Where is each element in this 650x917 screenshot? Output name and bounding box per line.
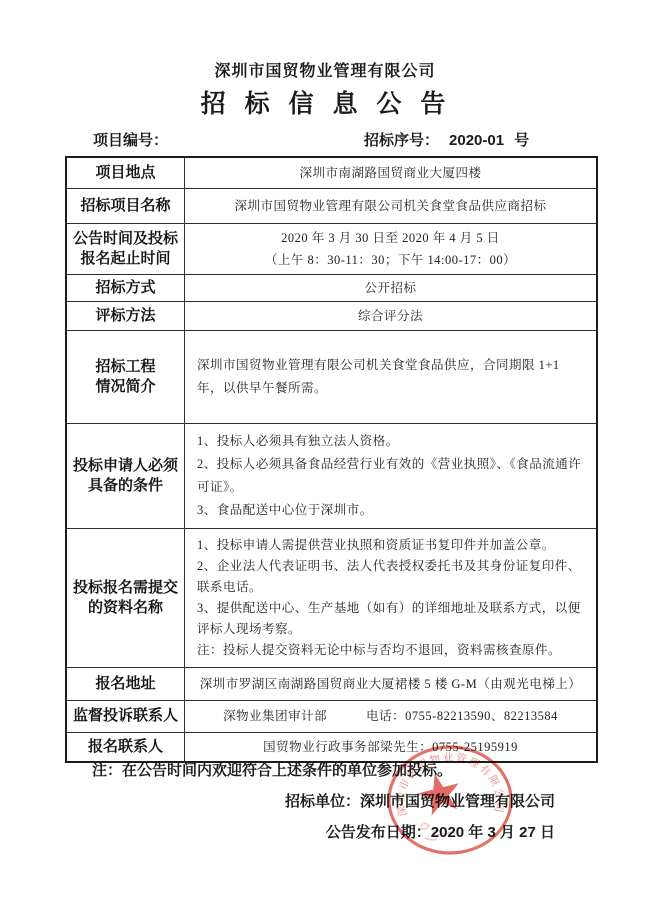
row-value: 2020 年 3 月 30 日至 2020 年 4 月 5 日 （上午 8：30…: [185, 223, 598, 274]
row-value: 深圳市罗湖区南湖路国贸商业大厦裙楼 5 楼 G-M（由观光电梯上）: [185, 667, 598, 700]
row-label: 投标报名需提交 的资料名称: [66, 528, 185, 667]
announcement-page: 深圳市国贸物业管理有限公司 招 标 信 息 公 告 项目编号： 招标序号：202…: [0, 0, 650, 917]
table-row: 投标申请人必须 具备的条件 1、投标人必须具有独立法人资格。 2、投标人必须具备…: [66, 423, 597, 528]
table-row: 公告时间及投标 报名起止时间 2020 年 3 月 30 日至 2020 年 4…: [66, 223, 597, 274]
publish-date-line: 公告发布日期：2020 年 3 月 27 日: [285, 817, 555, 848]
row-value: 深圳市南湖路国贸商业大厦四楼: [185, 157, 598, 188]
doc-title: 招 标 信 息 公 告: [0, 84, 650, 120]
table-row: 评标方法 综合评分法: [66, 301, 597, 330]
table-row: 报名地址 深圳市罗湖区南湖路国贸商业大厦裙楼 5 楼 G-M（由观光电梯上）: [66, 667, 597, 700]
table-row: 报名联系人 国贸物业行政事务部梁先生：0755-25195919: [66, 732, 597, 762]
serial-number: 招标序号：2020-01号: [364, 129, 529, 150]
serial-number-label: 招标序号：: [364, 132, 439, 149]
row-value: 深物业集团审计部 电话：0755-82213590、82213584: [185, 700, 598, 732]
table-row: 投标报名需提交 的资料名称 1、投标申请人需提供营业执照和资质证书复印件并加盖公…: [66, 528, 597, 667]
row-label: 监督投诉联系人: [66, 700, 185, 732]
serial-number-unit: 号: [514, 132, 529, 149]
serial-number-value: 2020-01: [449, 132, 504, 149]
tender-unit-value: 深圳市国贸物业管理有限公司: [360, 793, 555, 810]
row-label: 评标方法: [66, 301, 185, 330]
footer-signature-block: 招标单位：深圳市国贸物业管理有限公司 公告发布日期：2020 年 3 月 27 …: [285, 786, 555, 848]
row-label: 报名联系人: [66, 732, 185, 762]
row-value: 深圳市国贸物业管理有限公司机关食堂食品供应商招标: [185, 188, 598, 223]
row-value: 国贸物业行政事务部梁先生：0755-25195919: [185, 732, 598, 762]
row-value: 1、投标人必须具有独立法人资格。 2、投标人必须具备食品经营行业有效的《营业执照…: [185, 423, 598, 528]
row-value: 1、投标申请人需提供营业执照和资质证书复印件并加盖公章。 2、企业法人代表证明书…: [185, 528, 598, 667]
row-value: 综合评分法: [185, 301, 598, 330]
row-value: 公开招标: [185, 274, 598, 301]
table-row: 招标项目名称 深圳市国贸物业管理有限公司机关食堂食品供应商招标: [66, 188, 597, 223]
tender-unit-label: 招标单位：: [285, 793, 360, 810]
footer-note: 注：在公告时间内欢迎符合上述条件的单位参加投标。: [92, 759, 452, 780]
row-label: 招标工程 情况简介: [66, 330, 185, 423]
tender-unit-line: 招标单位：深圳市国贸物业管理有限公司: [285, 786, 555, 817]
row-label: 项目地点: [66, 157, 185, 188]
row-value: 深圳市国贸物业管理有限公司机关食堂食品供应，合同期限 1+1 年，以供早午餐所需…: [185, 330, 598, 423]
row-label: 招标项目名称: [66, 188, 185, 223]
project-number-label: 项目编号：: [93, 129, 168, 150]
row-label: 投标申请人必须 具备的条件: [66, 423, 185, 528]
table-row: 招标方式 公开招标: [66, 274, 597, 301]
info-table: 项目地点 深圳市南湖路国贸商业大厦四楼 招标项目名称 深圳市国贸物业管理有限公司…: [65, 156, 598, 763]
row-label: 公告时间及投标 报名起止时间: [66, 223, 185, 274]
company-title: 深圳市国贸物业管理有限公司: [0, 58, 650, 81]
publish-date-label: 公告发布日期：: [326, 824, 431, 841]
table-row: 招标工程 情况简介 深圳市国贸物业管理有限公司机关食堂食品供应，合同期限 1+1…: [66, 330, 597, 423]
publish-date-value: 2020 年 3 月 27 日: [431, 824, 555, 841]
row-label: 报名地址: [66, 667, 185, 700]
row-label: 招标方式: [66, 274, 185, 301]
table-row: 监督投诉联系人 深物业集团审计部 电话：0755-82213590、822135…: [66, 700, 597, 732]
table-row: 项目地点 深圳市南湖路国贸商业大厦四楼: [66, 157, 597, 188]
